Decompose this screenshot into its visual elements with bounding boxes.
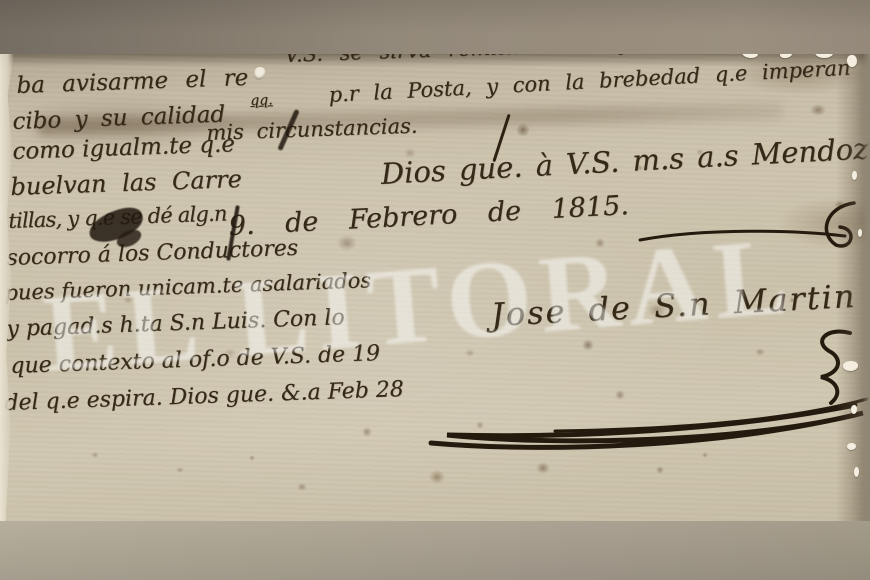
- page-right-deckled-edge: [836, 53, 870, 522]
- manuscript-paper: V.S. se sirva remitirme aunque sean 6. u…: [0, 53, 870, 522]
- manuscript-line: buelvan las Carre: [10, 165, 242, 201]
- manuscript-line: Dios gue. à V.S. m.s a.s Mendoza: [380, 131, 870, 191]
- photo-of-manuscript: V.S. se sirva remitirme aunque sean 6. u…: [0, 0, 870, 580]
- manuscript-line: qq.: [250, 92, 273, 109]
- manuscript-line: como igualm.te q.e: [12, 131, 235, 165]
- background-blur-top: [0, 0, 870, 54]
- manuscript-line: mis circunstancias.: [206, 114, 418, 145]
- manuscript-line: p.r la Posta, y con la brebedad q.e impe…: [328, 56, 851, 107]
- background-blur-bottom: [0, 521, 870, 580]
- manuscript-line: ba avisarme el re: [16, 65, 249, 99]
- manuscript-line: cibo y su calidad: [12, 102, 226, 135]
